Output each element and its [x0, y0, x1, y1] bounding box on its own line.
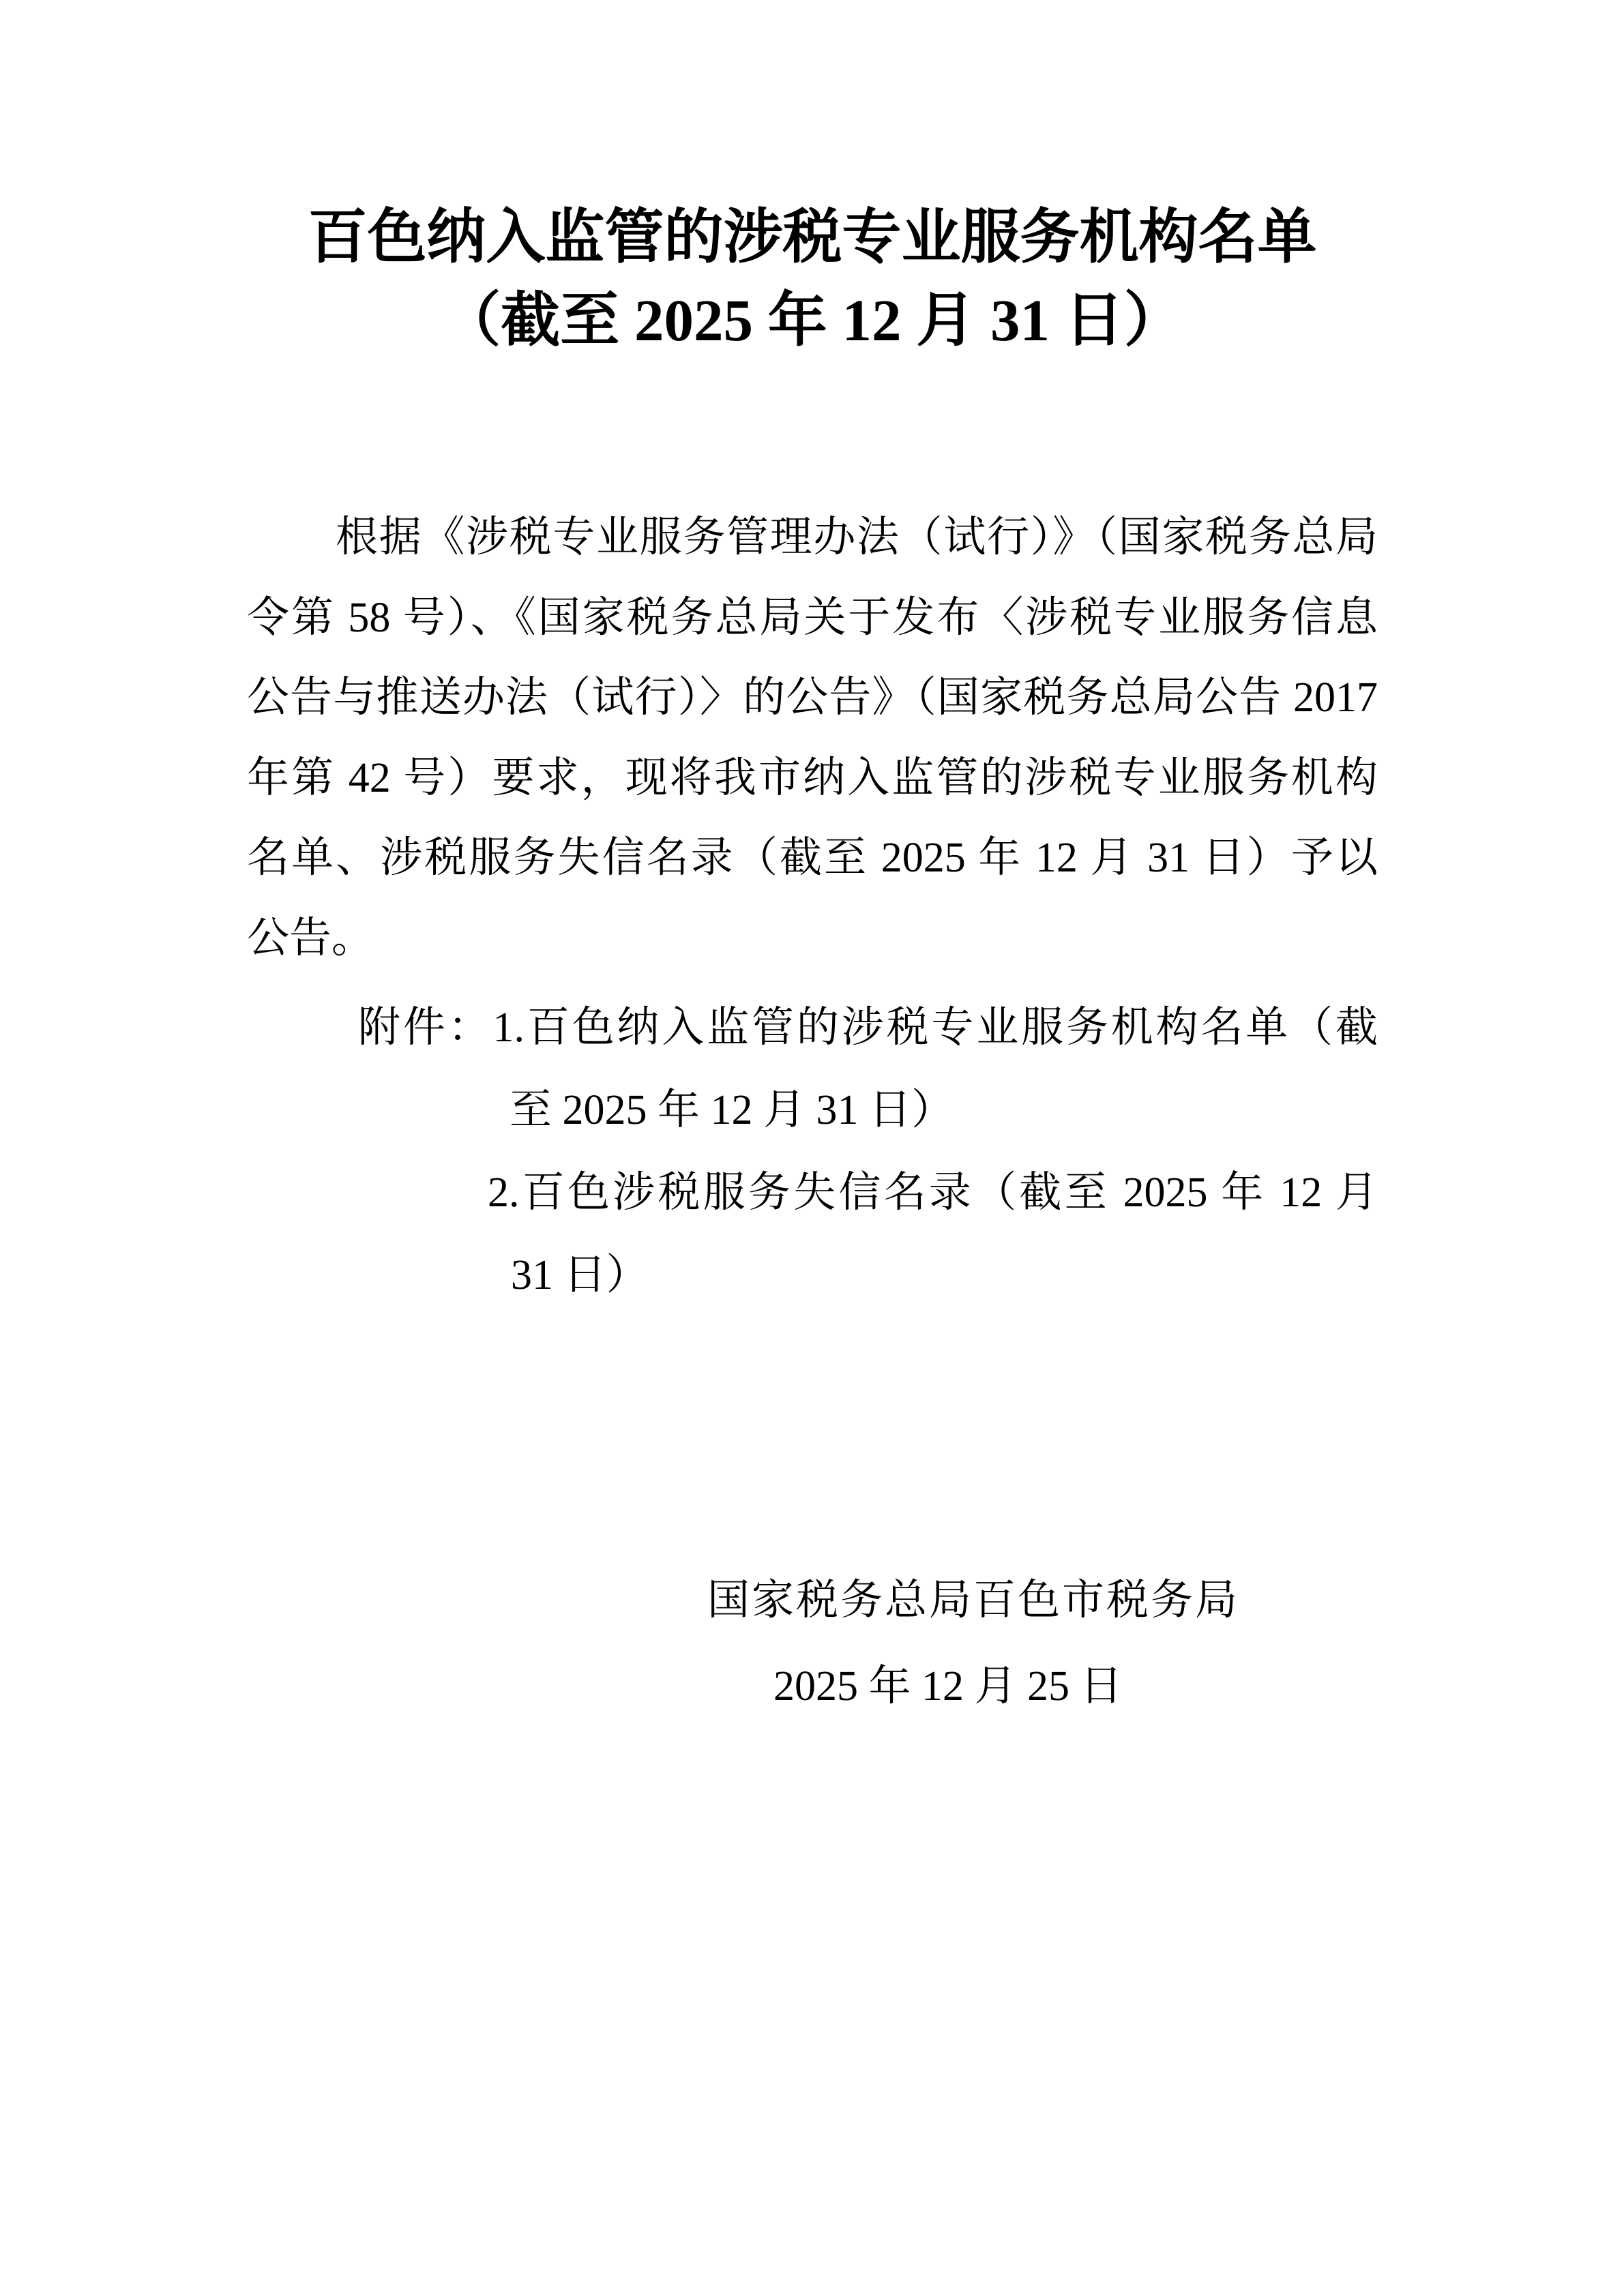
paragraph-line: 名单、涉税服务失信名录（截至 2025 年 12 月 31 日）予以 — [247, 818, 1378, 899]
signature-date: 2025 年 12 月 25 日 — [247, 1643, 1378, 1729]
paragraph-line: 年第 42 号）要求，现将我市纳入监管的涉税专业服务机构 — [247, 739, 1378, 819]
attachment-line: 31 日） — [247, 1234, 1378, 1317]
title-line-2: （截至 2025 年 12 月 31 日） — [247, 279, 1378, 362]
document-title: 百色纳入监管的涉税专业服务机构名单 （截至 2025 年 12 月 31 日） — [247, 196, 1378, 362]
attachment-line: 2.百色涉税服务失信名录（截至 2025 年 12 月 — [247, 1152, 1378, 1234]
paragraph-line: 根据《涉税专业服务管理办法（试行）》（国家税务总局 — [247, 498, 1378, 578]
signature-block: 国家税务总局百色市税务局 2025 年 12 月 25 日 — [247, 1557, 1378, 1729]
paragraph-line: 令第 58 号）、《国家税务总局关于发布〈涉税专业服务信息 — [247, 578, 1378, 659]
paragraph-line: 公告与推送办法（试行）〉的公告》（国家税务总局公告 2017 — [247, 658, 1378, 739]
title-line-1: 百色纳入监管的涉税专业服务机构名单 — [247, 196, 1378, 279]
main-paragraph: 根据《涉税专业服务管理办法（试行）》（国家税务总局 令第 58 号）、《国家税务… — [247, 498, 1378, 979]
attachment-list: 附件：1.百色纳入监管的涉税专业服务机构名单（截 至 2025 年 12 月 3… — [247, 987, 1378, 1317]
document-page: 百色纳入监管的涉税专业服务机构名单 （截至 2025 年 12 月 31 日） … — [0, 0, 1624, 2296]
signature-agency: 国家税务总局百色市税务局 — [247, 1557, 1378, 1643]
attachment-line: 附件：1.百色纳入监管的涉税专业服务机构名单（截 — [247, 987, 1378, 1069]
paragraph-line: 公告。 — [247, 899, 1378, 979]
attachment-line: 至 2025 年 12 月 31 日） — [247, 1069, 1378, 1152]
